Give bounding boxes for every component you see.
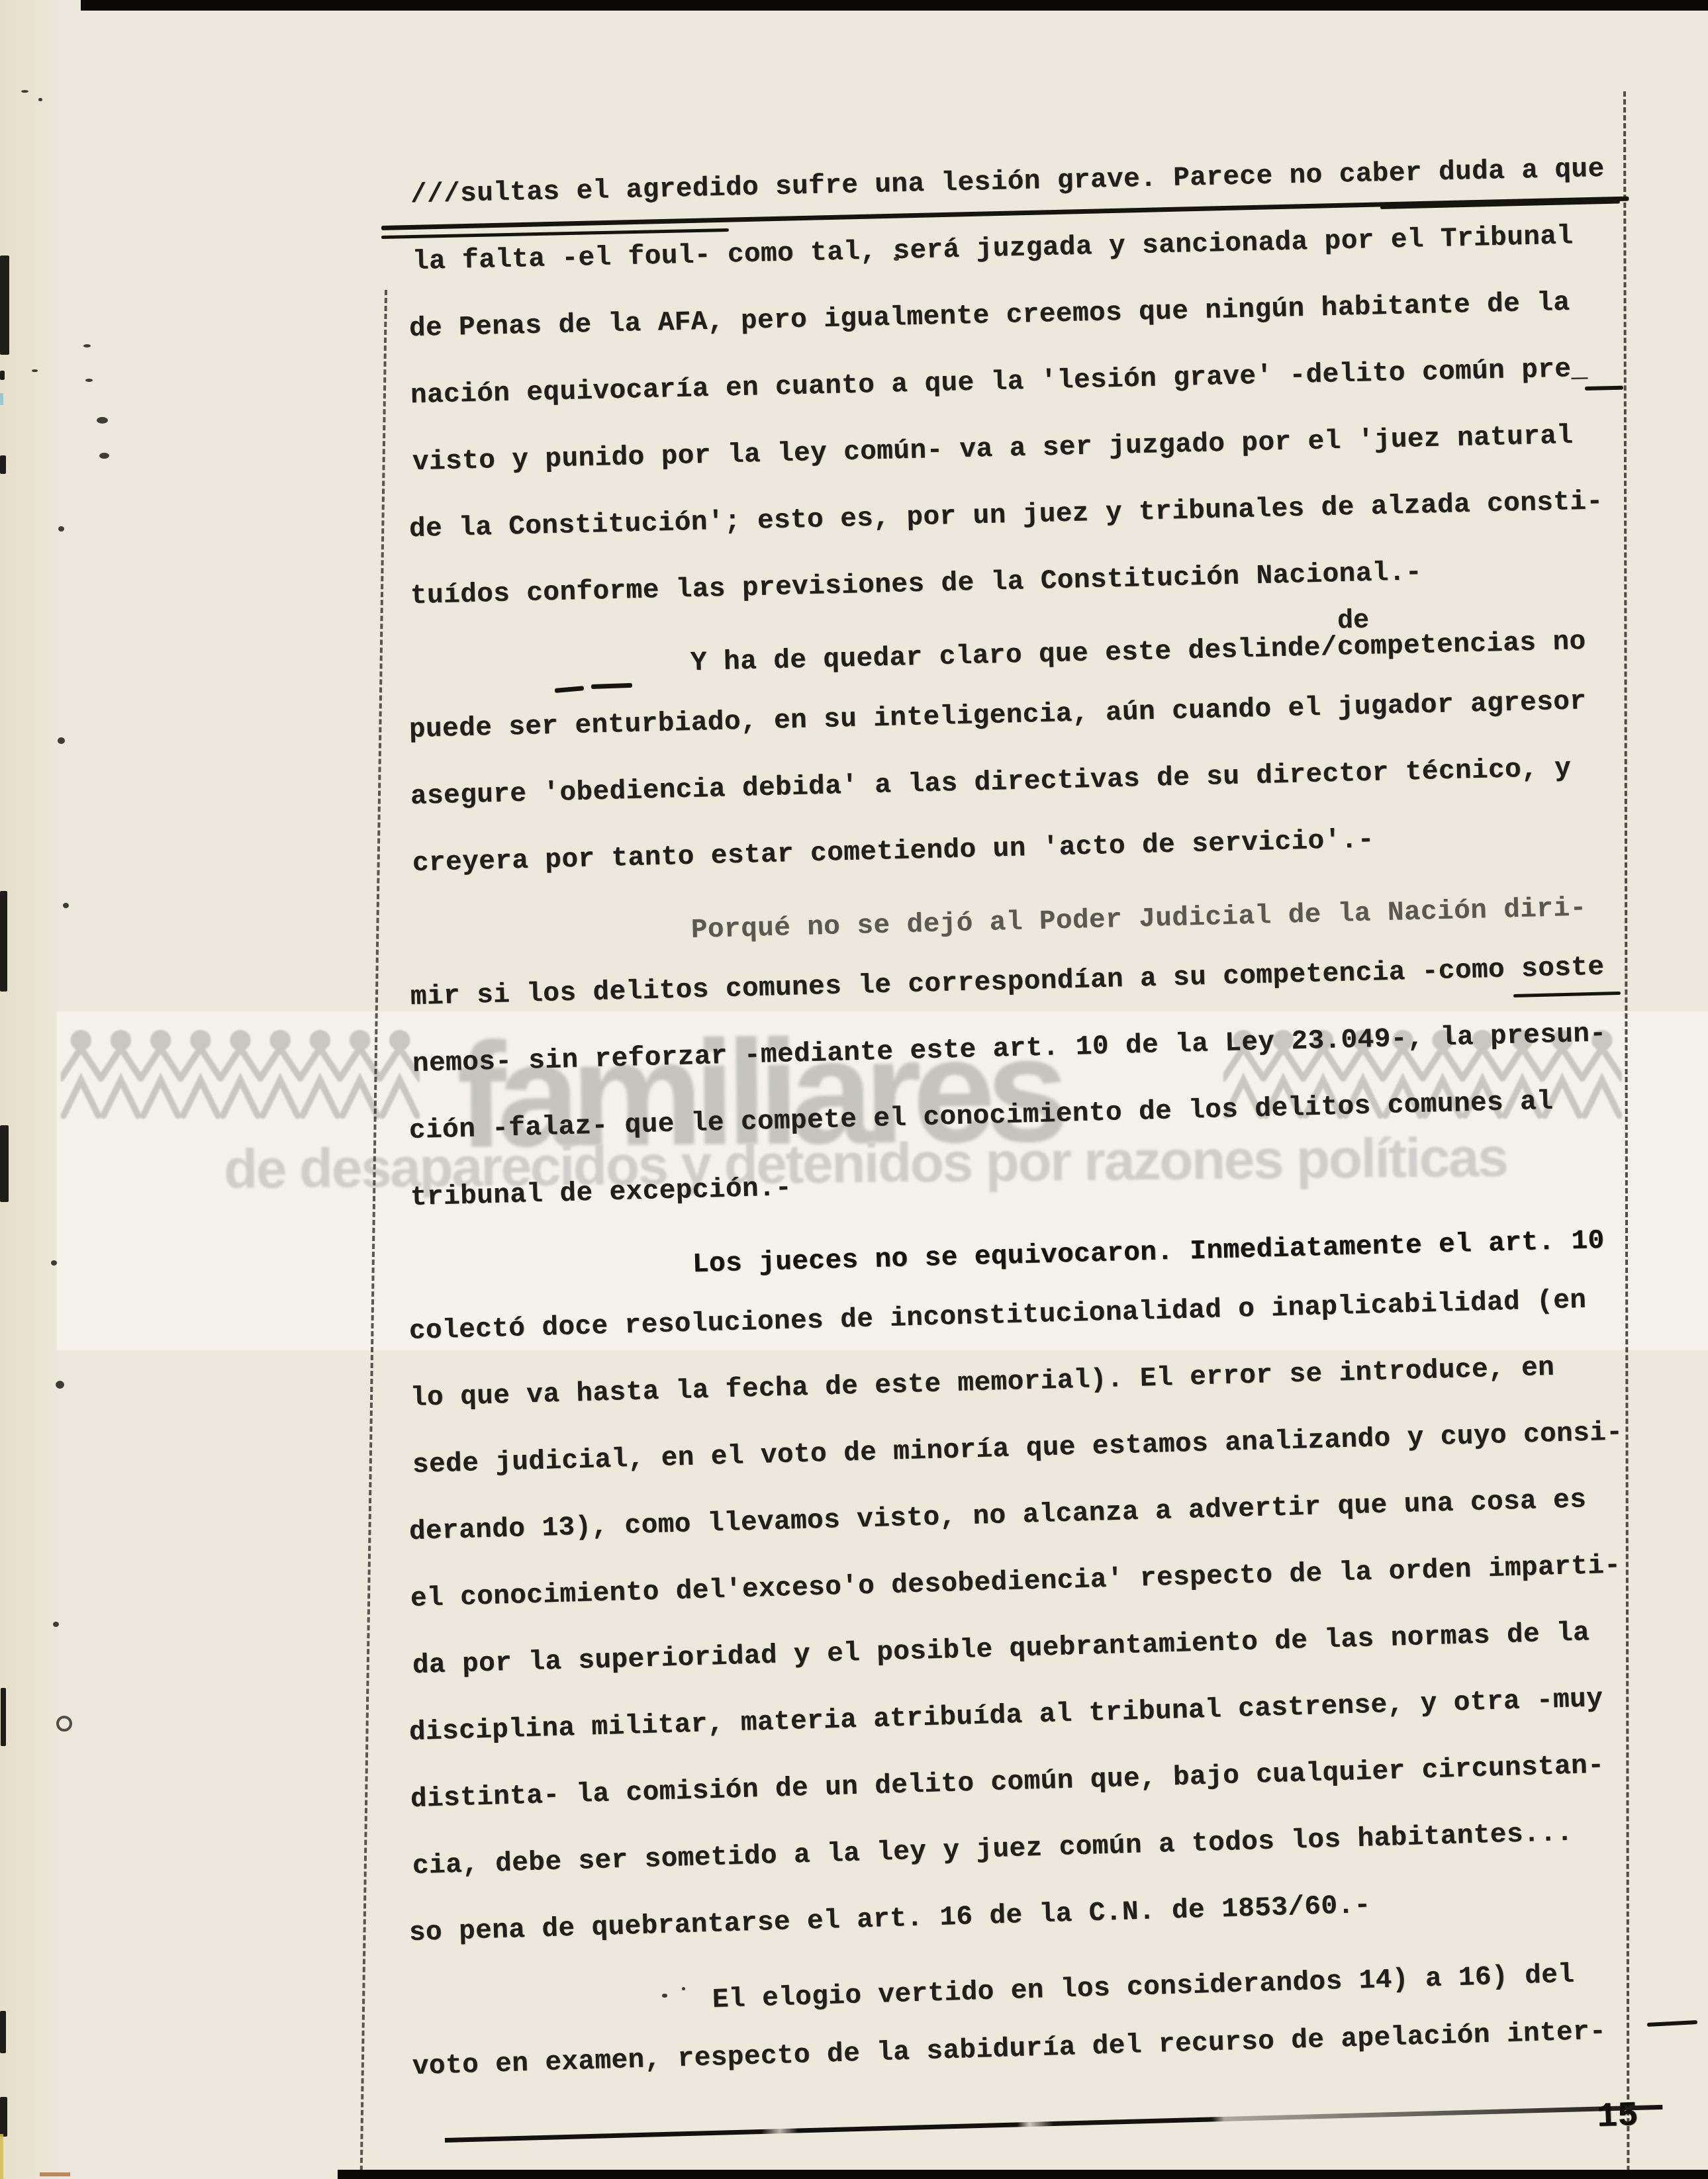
typewritten-line: Porqué no se dejó al Poder Judicial de l… [690, 890, 1587, 949]
typewritten-line: mir si los delitos comunes le correspond… [410, 949, 1605, 1016]
photocopy-edge-mark [0, 891, 7, 992]
photocopy-edge-mark [0, 371, 5, 380]
ink-speck [662, 1994, 667, 1998]
typewritten-line: colectó doce resoluciones de inconstituc… [408, 1282, 1587, 1350]
typewritten-line: tribunal de excepción.- [410, 1170, 792, 1217]
typewritten-line: tuídos conforme las previsiones de la Co… [410, 554, 1422, 615]
typewritten-line: nemos- sin reforzar -mediante este art. … [412, 1015, 1607, 1083]
ink-speck [58, 526, 64, 532]
typewritten-line: creyera por tanto estar cometiendo un 'a… [412, 821, 1374, 882]
typewritten-line: El elogio vertido en los considerandos 1… [712, 1957, 1575, 2019]
photocopy-edge-mark [0, 255, 9, 355]
typewritten-line: lo que va hasta la fecha de este memoria… [410, 1350, 1555, 1417]
ink-speck [21, 90, 28, 93]
typewritten-text: ///sultas el agredido sufre una lesión g… [0, 0, 1708, 2179]
typewritten-line: da por la superioridad y el posible queb… [412, 1614, 1590, 1685]
ink-speck [682, 1987, 685, 1990]
typewritten-line: Los jueces no se equivocaron. Inmediatam… [692, 1223, 1605, 1283]
typewritten-line: puede ser enturbiado, en su inteligencia… [408, 683, 1587, 749]
typewritten-line: distinta- la comisión de un delito común… [410, 1747, 1605, 1818]
typewritten-line: de Penas de la AFA, pero igualmente cree… [408, 285, 1570, 348]
inserted-word: de [1337, 606, 1370, 637]
ink-speck [53, 1622, 59, 1627]
ink-speck [83, 344, 91, 348]
typewritten-line: cia, debe ser sometido a la ley y juez c… [412, 1815, 1574, 1885]
photocopy-edge-mark [0, 455, 6, 474]
ink-speck [99, 453, 109, 459]
typewritten-line: ción -falaz- que le compete el conocimie… [408, 1084, 1554, 1150]
page-number: 15 [1596, 2096, 1639, 2137]
ink-speck [51, 1260, 57, 1266]
scan-color-sliver [0, 2134, 3, 2179]
ink-ring-mark [56, 1716, 72, 1732]
photocopy-top-edge [81, 0, 1708, 11]
scan-color-sliver [0, 393, 3, 405]
ink-speck [85, 379, 93, 382]
typewritten-line: la falta -el foul- como tal, será juzgad… [412, 218, 1574, 281]
typewritten-line: so pena de quebrantarse el art. 16 de la… [408, 1887, 1371, 1952]
typewritten-line: visto y punido por la ley común- va a se… [412, 418, 1574, 481]
typewritten-line: derando 13), como llevamos visto, no alc… [408, 1481, 1587, 1551]
photocopy-edge-mark [1, 1688, 6, 1746]
typewritten-line: nación equivocaría en cuanto a que la 'l… [410, 351, 1588, 414]
typewritten-line: Y ha de quedar claro que este deslinde/c… [690, 624, 1586, 682]
photocopy-edge-mark [0, 2011, 6, 2053]
photocopy-edge-mark [0, 2097, 7, 2137]
typewritten-line: de la Constitución'; esto es, por un jue… [408, 483, 1603, 548]
photocopy-edge-mark [0, 1125, 9, 1202]
ink-speck [63, 903, 69, 908]
scanned-document-page: familiares de desaparecidos y detenidos … [0, 0, 1708, 2179]
typewritten-line: el conocimiento del'exceso'o desobedienc… [410, 1547, 1621, 1618]
ink-speck [97, 417, 108, 424]
ink-speck [38, 98, 42, 101]
ink-speck [32, 369, 38, 372]
ink-speck [58, 737, 65, 744]
typewritten-line: disciplina militar, materia atribuída al… [408, 1681, 1603, 1751]
typewritten-line: asegure 'obediencia debida' a las direct… [410, 750, 1572, 815]
ink-speck [894, 257, 899, 261]
ink-speck [56, 1381, 64, 1389]
photocopy-bottom-edge [338, 2170, 1708, 2179]
typewritten-line: voto en examen, respecto de la sabiduría… [412, 2014, 1607, 2086]
scan-color-sliver [40, 2172, 70, 2176]
typewritten-line: sede judicial, en el voto de minoría que… [412, 1414, 1623, 1484]
